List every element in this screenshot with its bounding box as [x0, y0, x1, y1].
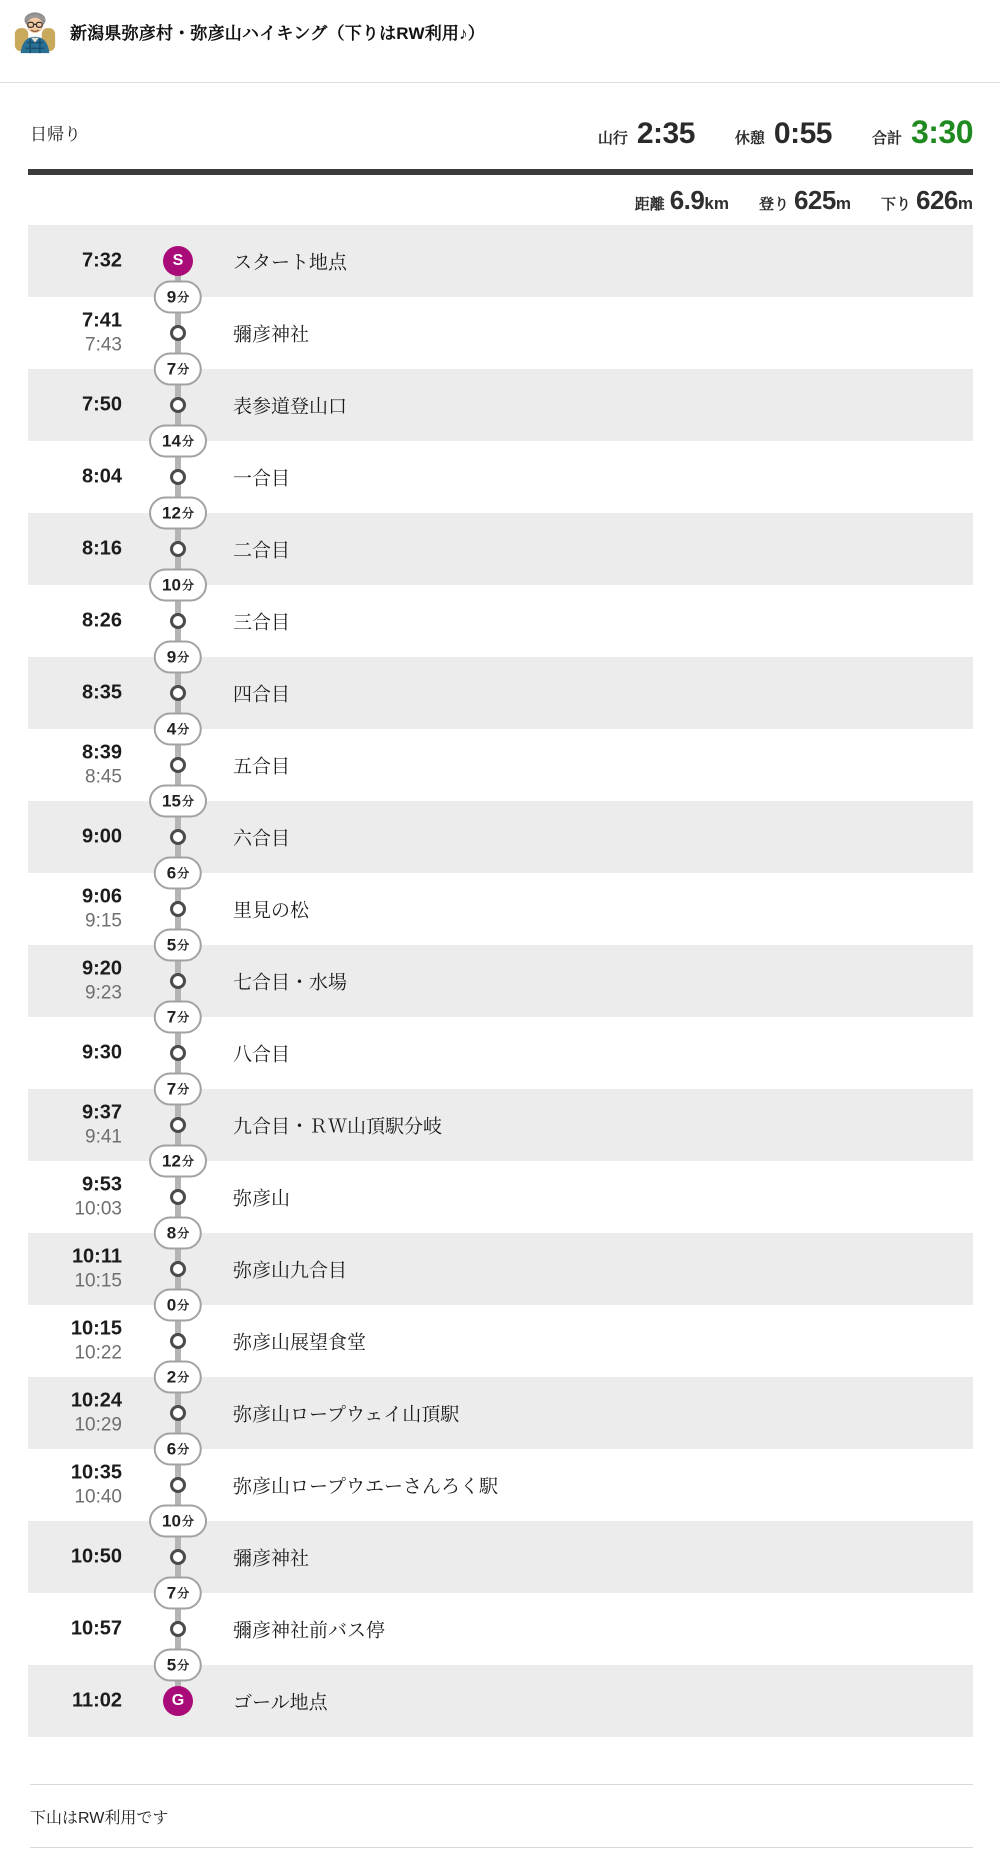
waypoint-times: 9:5310:03 [28, 1173, 122, 1222]
leg-unit: 分 [177, 865, 189, 882]
leg-minutes: 7 [167, 1079, 176, 1099]
waypoint-name: 八合目 [233, 1040, 290, 1067]
leg-unit: 分 [177, 361, 189, 378]
leg-duration-pill: 12分 [149, 497, 207, 530]
waypoint-name: 彌彦神社 [233, 320, 309, 347]
waypoint-dot-icon [170, 901, 186, 917]
departure-time: 7:43 [28, 334, 122, 358]
leg-unit: 分 [177, 937, 189, 954]
waypoint-name: スタート地点 [233, 248, 347, 275]
total-unit: m [836, 194, 851, 214]
waypoint-times: 10:3510:40 [28, 1461, 122, 1510]
leg-duration-pill: 9分 [154, 641, 202, 674]
waypoint-times: 11:02 [28, 1689, 122, 1714]
waypoint-dot-icon [170, 469, 186, 485]
start-marker: S [163, 246, 193, 276]
total-label: 距離 [635, 193, 665, 214]
waypoint-times: 9:30 [28, 1041, 122, 1066]
waypoint-name: 里見の松 [233, 896, 309, 923]
leg-duration-pill: 14分 [149, 425, 207, 458]
departure-time: 10:40 [28, 1486, 122, 1510]
waypoint-name: 弥彦山 [233, 1184, 290, 1211]
distance-stat: 距離 6.9 km [635, 185, 729, 216]
leg-minutes: 2 [167, 1367, 176, 1387]
total-label: 登り [759, 193, 789, 214]
leg-duration-pill: 0分 [154, 1289, 202, 1322]
waypoint-dot-icon [170, 1189, 186, 1205]
leg-unit: 分 [177, 1009, 189, 1026]
waypoint-times: 10:57 [28, 1617, 122, 1642]
waypoint-dot-icon [170, 829, 186, 845]
leg-minutes: 10 [162, 575, 181, 595]
waypoint-dot-icon [170, 1045, 186, 1061]
departure-time: 9:41 [28, 1126, 122, 1150]
waypoint-dot-icon [170, 1261, 186, 1277]
leg-duration-pill: 4分 [154, 713, 202, 746]
leg-minutes: 6 [167, 863, 176, 883]
footer: 下山はRW利用です [30, 1784, 973, 1848]
leg-duration-pill: 5分 [154, 1649, 202, 1682]
leg-duration-pill: 12分 [149, 1145, 207, 1178]
leg-unit: 分 [182, 793, 194, 810]
total-label: 下り [881, 193, 911, 214]
total-value: 6.9 [670, 185, 705, 216]
leg-minutes: 0 [167, 1295, 176, 1315]
route-totals: 距離 6.9 km 登り 625 m 下り 626 m [28, 175, 973, 225]
leg-duration-pill: 6分 [154, 857, 202, 890]
waypoint-times: 9:00 [28, 825, 122, 850]
waypoint-times: 9:379:41 [28, 1101, 122, 1150]
leg-unit: 分 [177, 1081, 189, 1098]
leg-duration-pill: 8分 [154, 1217, 202, 1250]
leg-minutes: 6 [167, 1439, 176, 1459]
departure-time: 10:29 [28, 1414, 122, 1438]
waypoint-name: 三合目 [233, 608, 290, 635]
waypoint-times: 9:069:15 [28, 885, 122, 934]
leg-minutes: 12 [162, 1151, 181, 1171]
stat-value: 2:35 [637, 117, 695, 151]
arrival-time: 7:50 [28, 393, 122, 418]
leg-unit: 分 [177, 1441, 189, 1458]
user-avatar-icon [12, 9, 58, 55]
goal-marker: G [163, 1686, 193, 1716]
waypoint-dot-icon [170, 1621, 186, 1637]
arrival-time: 10:15 [28, 1317, 122, 1342]
arrival-time: 8:35 [28, 681, 122, 706]
waypoint-dot-icon [170, 1477, 186, 1493]
waypoint-times: 10:2410:29 [28, 1389, 122, 1438]
waypoint-name: 六合目 [233, 824, 290, 851]
waypoint-name: 四合目 [233, 680, 290, 707]
waypoint-name: 表参道登山口 [233, 392, 347, 419]
leg-minutes: 7 [167, 1007, 176, 1027]
arrival-time: 10:11 [28, 1245, 122, 1270]
leg-duration-pill: 7分 [154, 353, 202, 386]
waypoint-dot-icon [170, 397, 186, 413]
departure-time: 10:03 [28, 1198, 122, 1222]
departure-time: 10:22 [28, 1342, 122, 1366]
leg-unit: 分 [177, 1297, 189, 1314]
leg-unit: 分 [177, 1369, 189, 1386]
waypoint-times: 8:35 [28, 681, 122, 706]
arrival-time: 11:02 [28, 1689, 122, 1714]
leg-minutes: 15 [162, 791, 181, 811]
app-header: 新潟県弥彦村・弥彦山ハイキング（下りはRW利用♪） [0, 0, 1000, 83]
leg-duration-pill: 6分 [154, 1433, 202, 1466]
waypoint-dot-icon [170, 1117, 186, 1133]
leg-unit: 分 [177, 1657, 189, 1674]
arrival-time: 7:41 [28, 309, 122, 334]
arrival-time: 9:30 [28, 1041, 122, 1066]
arrival-time: 8:04 [28, 465, 122, 490]
timeline: 7:32Sスタート地点7:417:43彌彦神社7:50表参道登山口8:04一合目… [28, 225, 973, 1737]
waypoint-dot-icon [170, 757, 186, 773]
waypoint-dot-icon [170, 973, 186, 989]
arrival-time: 8:39 [28, 741, 122, 766]
stat-label: 休憩 [735, 127, 765, 148]
descent-stat: 下り 626 m [881, 185, 973, 216]
leg-duration-pill: 9分 [154, 281, 202, 314]
waypoint-name: 彌彦神社 [233, 1544, 309, 1571]
waypoint-dot-icon [170, 613, 186, 629]
footer-note: 下山はRW利用です [30, 1805, 168, 1828]
waypoint-name: 二合目 [233, 536, 290, 563]
waypoint-times: 10:1110:15 [28, 1245, 122, 1294]
stat-hiking-time: 山行 2:35 [598, 117, 695, 151]
leg-minutes: 8 [167, 1223, 176, 1243]
waypoint-dot-icon [170, 325, 186, 341]
departure-time: 9:15 [28, 910, 122, 934]
waypoint-name: 七合目・水場 [233, 968, 347, 995]
stat-label: 山行 [598, 127, 628, 148]
waypoint-times: 8:398:45 [28, 741, 122, 790]
waypoint-name: 彌彦神社前バス停 [233, 1616, 385, 1643]
waypoint-name: 九合目・ＲＷ山頂駅分岐 [233, 1112, 442, 1139]
waypoint-times: 10:50 [28, 1545, 122, 1570]
leg-unit: 分 [182, 1513, 194, 1530]
waypoint-dot-icon [170, 1333, 186, 1349]
leg-unit: 分 [182, 505, 194, 522]
arrival-time: 10:57 [28, 1617, 122, 1642]
leg-minutes: 5 [167, 1655, 176, 1675]
waypoint-dot-icon [170, 685, 186, 701]
stat-rest-time: 休憩 0:55 [735, 117, 832, 151]
arrival-time: 9:06 [28, 885, 122, 910]
leg-duration-pill: 5分 [154, 929, 202, 962]
stat-label: 合計 [872, 127, 902, 148]
waypoint-name: 弥彦山九合目 [233, 1256, 347, 1283]
waypoint-name: 弥彦山展望食堂 [233, 1328, 366, 1355]
leg-duration-pill: 10分 [149, 1505, 207, 1538]
leg-duration-pill: 7分 [154, 1073, 202, 1106]
waypoint-name: 一合目 [233, 464, 290, 491]
leg-unit: 分 [182, 433, 194, 450]
waypoint-times: 8:16 [28, 537, 122, 562]
leg-minutes: 7 [167, 1583, 176, 1603]
leg-minutes: 4 [167, 719, 176, 739]
leg-unit: 分 [177, 1585, 189, 1602]
waypoint-dot-icon [170, 541, 186, 557]
leg-minutes: 9 [167, 647, 176, 667]
arrival-time: 8:16 [28, 537, 122, 562]
waypoint-times: 7:50 [28, 393, 122, 418]
total-value: 626 [916, 185, 958, 216]
arrival-time: 9:00 [28, 825, 122, 850]
arrival-time: 10:50 [28, 1545, 122, 1570]
arrival-time: 8:26 [28, 609, 122, 634]
waypoint-name: 弥彦山ロープウェイ山頂駅 [233, 1400, 459, 1427]
waypoint-dot-icon [170, 1549, 186, 1565]
departure-time: 9:23 [28, 982, 122, 1006]
arrival-time: 10:24 [28, 1389, 122, 1414]
leg-unit: 分 [182, 577, 194, 594]
page-title: 新潟県弥彦村・弥彦山ハイキング（下りはRW利用♪） [70, 19, 485, 44]
arrival-time: 10:35 [28, 1461, 122, 1486]
waypoint-name: 五合目 [233, 752, 290, 779]
waypoint-times: 10:1510:22 [28, 1317, 122, 1366]
departure-time: 8:45 [28, 766, 122, 790]
plan-type: 日帰り [30, 120, 81, 145]
waypoint-times: 8:26 [28, 609, 122, 634]
total-unit: m [958, 194, 973, 214]
arrival-time: 9:53 [28, 1173, 122, 1198]
total-unit: km [704, 194, 729, 214]
leg-unit: 分 [177, 721, 189, 738]
waypoint-times: 9:209:23 [28, 957, 122, 1006]
course-time-page: 新潟県弥彦村・弥彦山ハイキング（下りはRW利用♪） 日帰り 山行 2:35 休憩… [0, 0, 1000, 1860]
leg-unit: 分 [177, 289, 189, 306]
waypoint-name: ゴール地点 [233, 1688, 328, 1715]
stat-total-time: 合計 3:30 [872, 114, 973, 151]
leg-unit: 分 [177, 649, 189, 666]
total-value: 625 [794, 185, 836, 216]
leg-minutes: 5 [167, 935, 176, 955]
arrival-time: 7:32 [28, 249, 122, 274]
stat-value: 0:55 [774, 117, 832, 151]
arrival-time: 9:37 [28, 1101, 122, 1126]
waypoint-times: 8:04 [28, 465, 122, 490]
leg-duration-pill: 15分 [149, 785, 207, 818]
stat-value-total: 3:30 [911, 114, 973, 151]
leg-minutes: 14 [162, 431, 181, 451]
arrival-time: 9:20 [28, 957, 122, 982]
waypoint-dot-icon [170, 1405, 186, 1421]
leg-minutes: 10 [162, 1511, 181, 1531]
time-stats: 山行 2:35 休憩 0:55 合計 3:30 [558, 114, 973, 151]
leg-duration-pill: 7分 [154, 1577, 202, 1610]
waypoint-times: 7:32 [28, 249, 122, 274]
summary-bar: 日帰り 山行 2:35 休憩 0:55 合計 3:30 [0, 83, 1000, 169]
leg-duration-pill: 10分 [149, 569, 207, 602]
ascent-stat: 登り 625 m [759, 185, 851, 216]
leg-unit: 分 [177, 1225, 189, 1242]
leg-minutes: 7 [167, 359, 176, 379]
waypoint-times: 7:417:43 [28, 309, 122, 358]
leg-minutes: 9 [167, 287, 176, 307]
leg-duration-pill: 2分 [154, 1361, 202, 1394]
leg-minutes: 12 [162, 503, 181, 523]
departure-time: 10:15 [28, 1270, 122, 1294]
waypoint-name: 弥彦山ロープウエーさんろく駅 [233, 1472, 498, 1499]
leg-duration-pill: 7分 [154, 1001, 202, 1034]
leg-unit: 分 [182, 1153, 194, 1170]
